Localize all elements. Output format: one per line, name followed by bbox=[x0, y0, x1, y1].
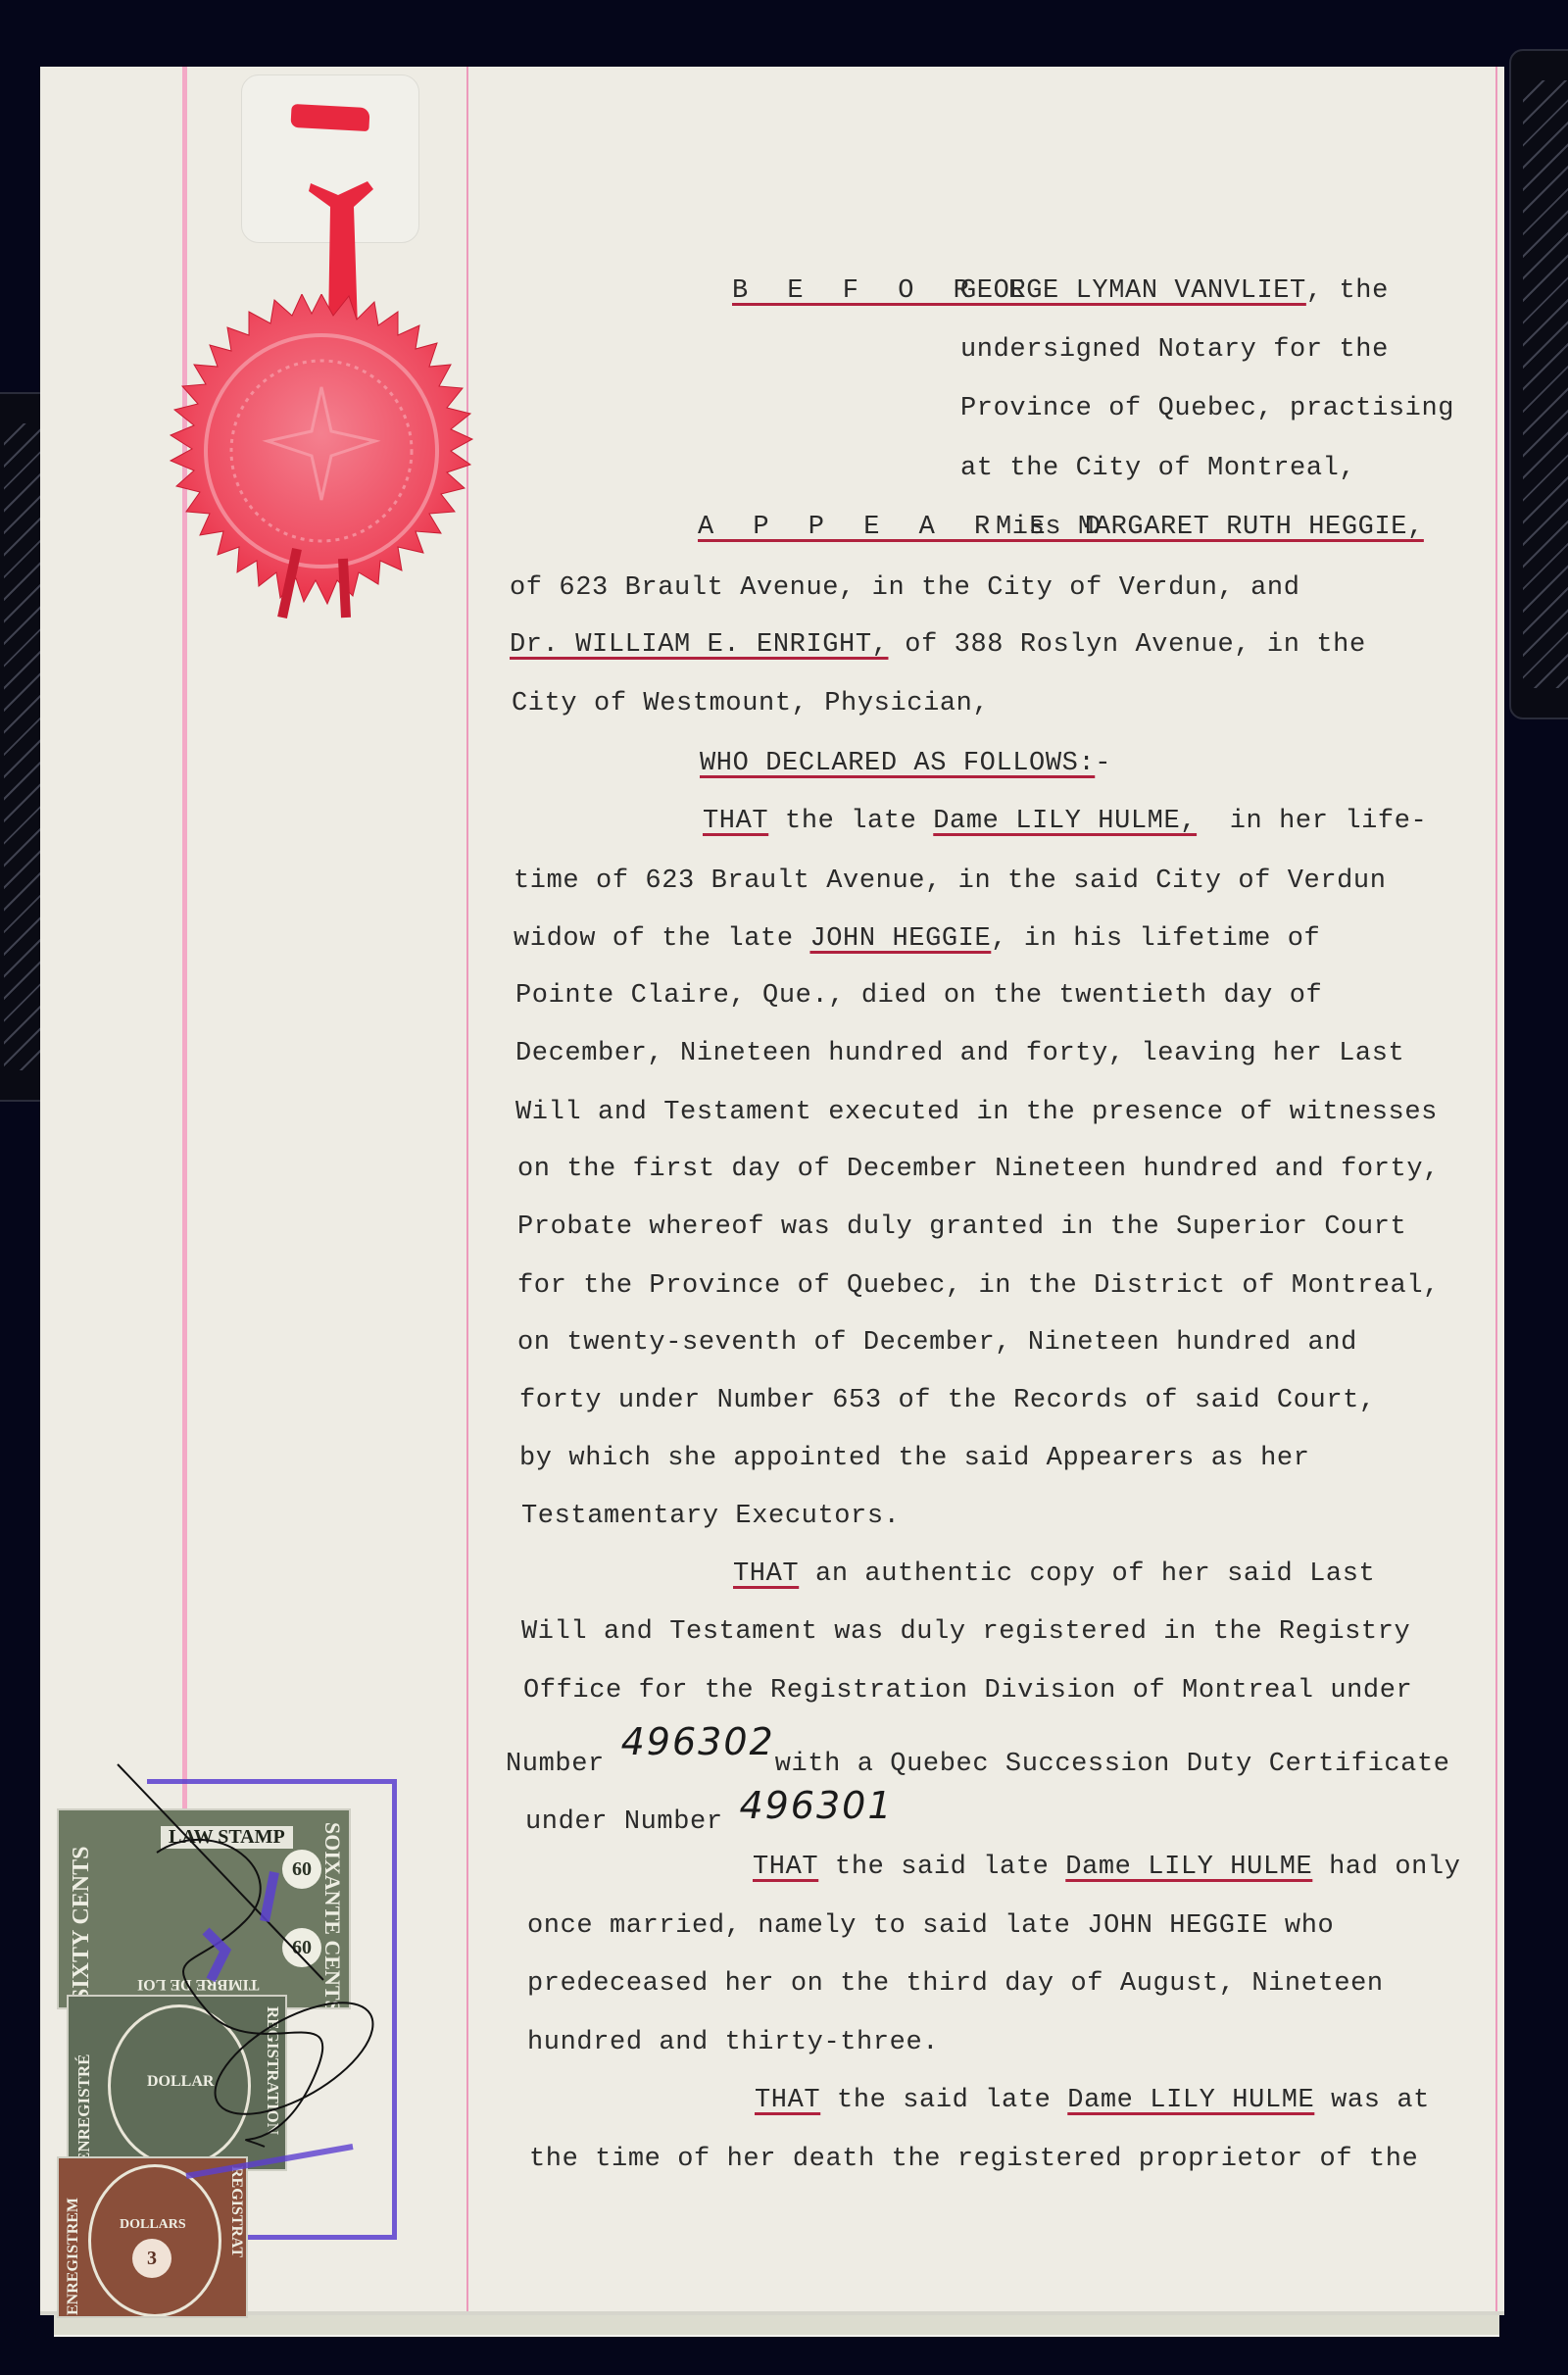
registration-brown-denomination: 3 bbox=[132, 2239, 171, 2278]
notary-line-1: GEORGE LYMAN VANVLIET, the bbox=[960, 276, 1389, 306]
registration-brown-left-label: ENREGISTREM bbox=[65, 2198, 82, 2315]
appearer1-address: of 623 Brault Avenue, in the City of Ver… bbox=[510, 573, 1300, 603]
appearer2-line-2: City of Westmount, Physician, bbox=[512, 689, 989, 718]
p2-line-2: Will and Testament was duly registered i… bbox=[521, 1617, 1410, 1647]
p4-that: THAT bbox=[755, 2086, 820, 2115]
p1-line-7: on the first day of December Nineteen hu… bbox=[517, 1155, 1440, 1184]
p1-line-1: THAT the late Dame LILY HULME, in her li… bbox=[703, 807, 1427, 836]
p3-that: THAT bbox=[753, 1853, 818, 1882]
p1-john-heggie: JOHN HEGGIE bbox=[809, 924, 991, 954]
appearer1-name: Miss MARGARET RUTH HEGGIE, bbox=[996, 513, 1424, 542]
p1-line-5: December, Nineteen hundred and forty, le… bbox=[515, 1039, 1404, 1068]
notary-line-3: Province of Quebec, practising bbox=[960, 394, 1454, 423]
p1-line-10: on twenty-seventh of December, Nineteen … bbox=[517, 1328, 1357, 1358]
registration-stamp-dollar: ENREGISTRÉ REGISTRATION DOLLAR bbox=[67, 1995, 287, 2171]
p3-name: Dame LILY HULME bbox=[1065, 1853, 1312, 1882]
p1-line-11: forty under Number 653 of the Records of… bbox=[519, 1386, 1376, 1415]
law-stamp-title: LAW STAMP bbox=[161, 1826, 293, 1849]
p2-line-3: Office for the Registration Division of … bbox=[523, 1676, 1412, 1706]
p2-that: THAT bbox=[733, 1559, 799, 1589]
registration-brown-center-label: DOLLARS bbox=[120, 2217, 186, 2233]
appearer2-name: Dr. WILLIAM E. ENRIGHT, bbox=[510, 630, 888, 660]
p1-line-4: Pointe Claire, Que., died on the twentie… bbox=[515, 981, 1322, 1011]
p1-line-3: widow of the late JOHN HEGGIE, in his li… bbox=[514, 924, 1320, 954]
declared-heading: WHO DECLARED AS FOLLOWS: bbox=[700, 749, 1095, 778]
p1-name: Dame LILY HULME, bbox=[933, 807, 1197, 836]
p2-line-4: Number 496302with a Quebec Succession Du… bbox=[506, 1736, 1450, 1779]
appearer1-line: Miss MARGARET RUTH HEGGIE, bbox=[996, 513, 1424, 542]
p1-line-6: Will and Testament executed in the prese… bbox=[515, 1098, 1438, 1127]
law-stamp: LAW STAMP SIXTY CENTS SOIXANTE CENTS TIM… bbox=[57, 1808, 351, 2009]
registration-stamp-center-label: DOLLAR bbox=[147, 2073, 214, 2091]
registration-stamp-dollars: ENREGISTREM REGISTRAT DOLLARS 3 bbox=[57, 2156, 248, 2318]
law-stamp-denomination-bottom: 60 bbox=[282, 1928, 321, 1967]
notary-line-2: undersigned Notary for the bbox=[960, 335, 1389, 365]
law-stamp-right-label: SOIXANTE CENTS bbox=[319, 1822, 345, 2009]
handwritten-registration-number: 496302 bbox=[621, 1720, 775, 1763]
p3-line-4: hundred and thirty-three. bbox=[527, 2028, 939, 2057]
p1-line-13: Testamentary Executors. bbox=[521, 1502, 900, 1531]
p1-line-8: Probate whereof was duly granted in the … bbox=[517, 1212, 1406, 1242]
registration-brown-right-label: REGISTRAT bbox=[227, 2166, 245, 2257]
p1-line-2: time of 623 Brault Avenue, in the said C… bbox=[514, 866, 1387, 896]
p4-line-1: THAT the said late Dame LILY HULME was a… bbox=[755, 2086, 1430, 2115]
handwritten-certificate-number: 496301 bbox=[739, 1784, 893, 1827]
p2-line-5: under Number 496301 bbox=[525, 1794, 894, 1837]
p3-line-1: THAT the said late Dame LILY HULME had o… bbox=[753, 1853, 1461, 1882]
law-stamp-bottom-label: TIMBRE DE LOI bbox=[137, 1975, 259, 1993]
appearer2-line: Dr. WILLIAM E. ENRIGHT, of 388 Roslyn Av… bbox=[510, 630, 1366, 660]
p1-that: THAT bbox=[703, 807, 768, 836]
p4-line-2: the time of her death the registered pro… bbox=[529, 2145, 1418, 2174]
declared-heading-line: WHO DECLARED AS FOLLOWS:- bbox=[700, 749, 1111, 778]
registration-stamp-right-label: REGISTRATION bbox=[263, 2006, 282, 2135]
p3-line-2: once married, namely to said late JOHN H… bbox=[527, 1911, 1334, 1941]
law-stamp-denomination-top: 60 bbox=[282, 1850, 321, 1889]
law-stamp-left-label: SIXTY CENTS bbox=[69, 1847, 95, 2003]
notary-line-4: at the City of Montreal, bbox=[960, 454, 1355, 483]
p1-line-12: by which she appointed the said Appearer… bbox=[519, 1444, 1310, 1473]
p3-line-3: predeceased her on the third day of Augu… bbox=[527, 1969, 1384, 1999]
p4-name: Dame LILY HULME bbox=[1067, 2086, 1314, 2115]
p2-line-1: THAT an authentic copy of her said Last bbox=[733, 1559, 1375, 1589]
notary-name: GEORGE LYMAN VANVLIET bbox=[960, 276, 1306, 306]
registration-stamp-left-label: ENREGISTRÉ bbox=[74, 2054, 94, 2163]
p1-line-9: for the Province of Quebec, in the Distr… bbox=[517, 1271, 1440, 1301]
